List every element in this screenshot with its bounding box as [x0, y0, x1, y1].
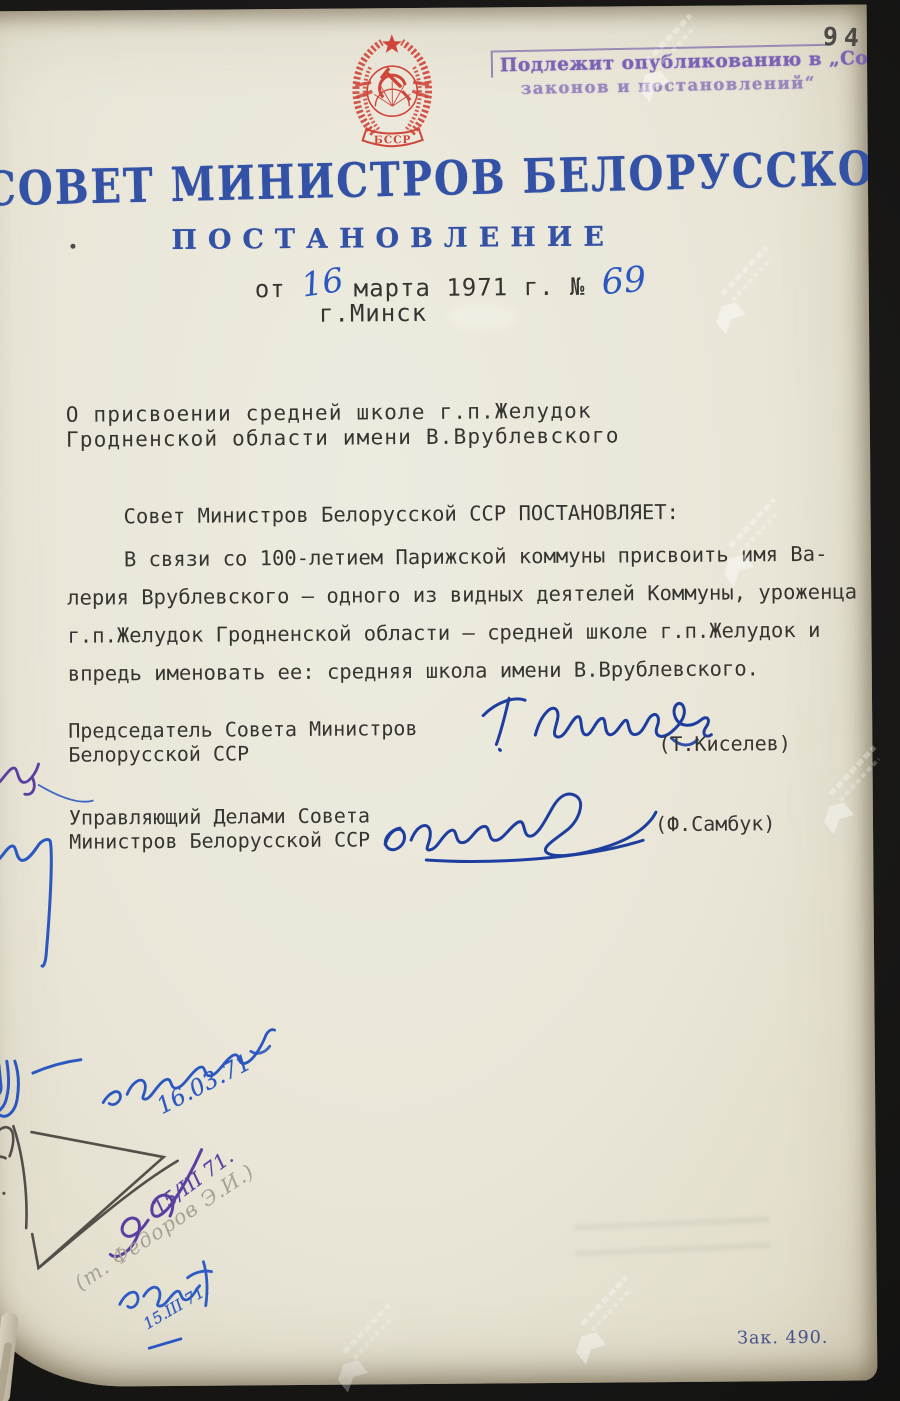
date-middle: марта 1971 г. № [354, 273, 586, 303]
paper-sheen [447, 303, 517, 330]
dateline: от 16 марта 1971 г. № 69 [255, 263, 647, 306]
signature1-title: Председатель Совета Министров Белорусско… [68, 716, 418, 767]
underline-stroke [147, 1337, 182, 1350]
ink-bleed-smudge [573, 1198, 770, 1264]
scan-frame: БССР Подлежит опубликованию в „Собрании … [0, 0, 900, 1401]
emblem-ribbon-label: БССР [374, 134, 412, 146]
ink-dot [70, 244, 75, 249]
stamp-line2: законов и постановлений“ [500, 73, 836, 99]
page-number: 94 [822, 22, 865, 53]
print-order-number: Зак. 490. [737, 1328, 829, 1349]
handwritten-day: 16 [299, 260, 346, 305]
org-title: СОВЕТ МИНИСТРОВ БЕЛОРУССКОЙ ССР [0, 142, 830, 217]
date-prefix: от [255, 275, 286, 303]
annotation-blue-signature2-ink [109, 1248, 230, 1338]
subject-line1: О присвоении средней школе г.п.Желудок [66, 398, 620, 427]
publication-stamp: Подлежит опубликованию в „Собрании закон… [500, 49, 837, 99]
body-line: В связи со 100-летием Парижской коммуны … [67, 542, 828, 572]
stamp-line1: Подлежит опубликованию в „Собрании [500, 49, 836, 77]
resolution-line: Совет Министров Белорусской ССР ПОСТАНОВ… [123, 500, 679, 528]
subject-line2: Гродненской области имени В.Врублевского [66, 423, 620, 452]
signature2-title-line1: Управляющий Делами Совета [69, 803, 370, 829]
body-line: лерия Врублевского – одного из видных де… [67, 580, 857, 610]
signature2-title: Управляющий Делами Совета Министров Бело… [69, 803, 370, 853]
document-page: БССР Подлежит опубликованию в „Собрании … [0, 4, 877, 1387]
signature2-title-line2: Министров Белорусской ССР [69, 827, 370, 853]
handwritten-number: 69 [600, 260, 648, 303]
body-line: г.п.Желудок Гродненской области – средне… [67, 618, 820, 648]
signature-margin-blue-ink [0, 806, 82, 976]
city-label: г.Минск [319, 299, 427, 328]
signature2-name: (Ф.Самбук) [655, 811, 776, 836]
star-icon [382, 34, 402, 53]
document-type-title: ПОСТАНОВЛЕНИЕ [171, 221, 611, 255]
bssr-emblem-icon: БССР [342, 33, 443, 154]
signature1-name: (Т.Киселев) [658, 731, 791, 756]
signature-sambuk-ink [371, 768, 672, 878]
signature1-title-line2: Белорусской ССР [68, 740, 417, 767]
subject-paragraph: О присвоении средней школе г.п.Желудок Г… [66, 398, 620, 451]
signature1-title-line1: Председатель Совета Министров [68, 716, 417, 743]
